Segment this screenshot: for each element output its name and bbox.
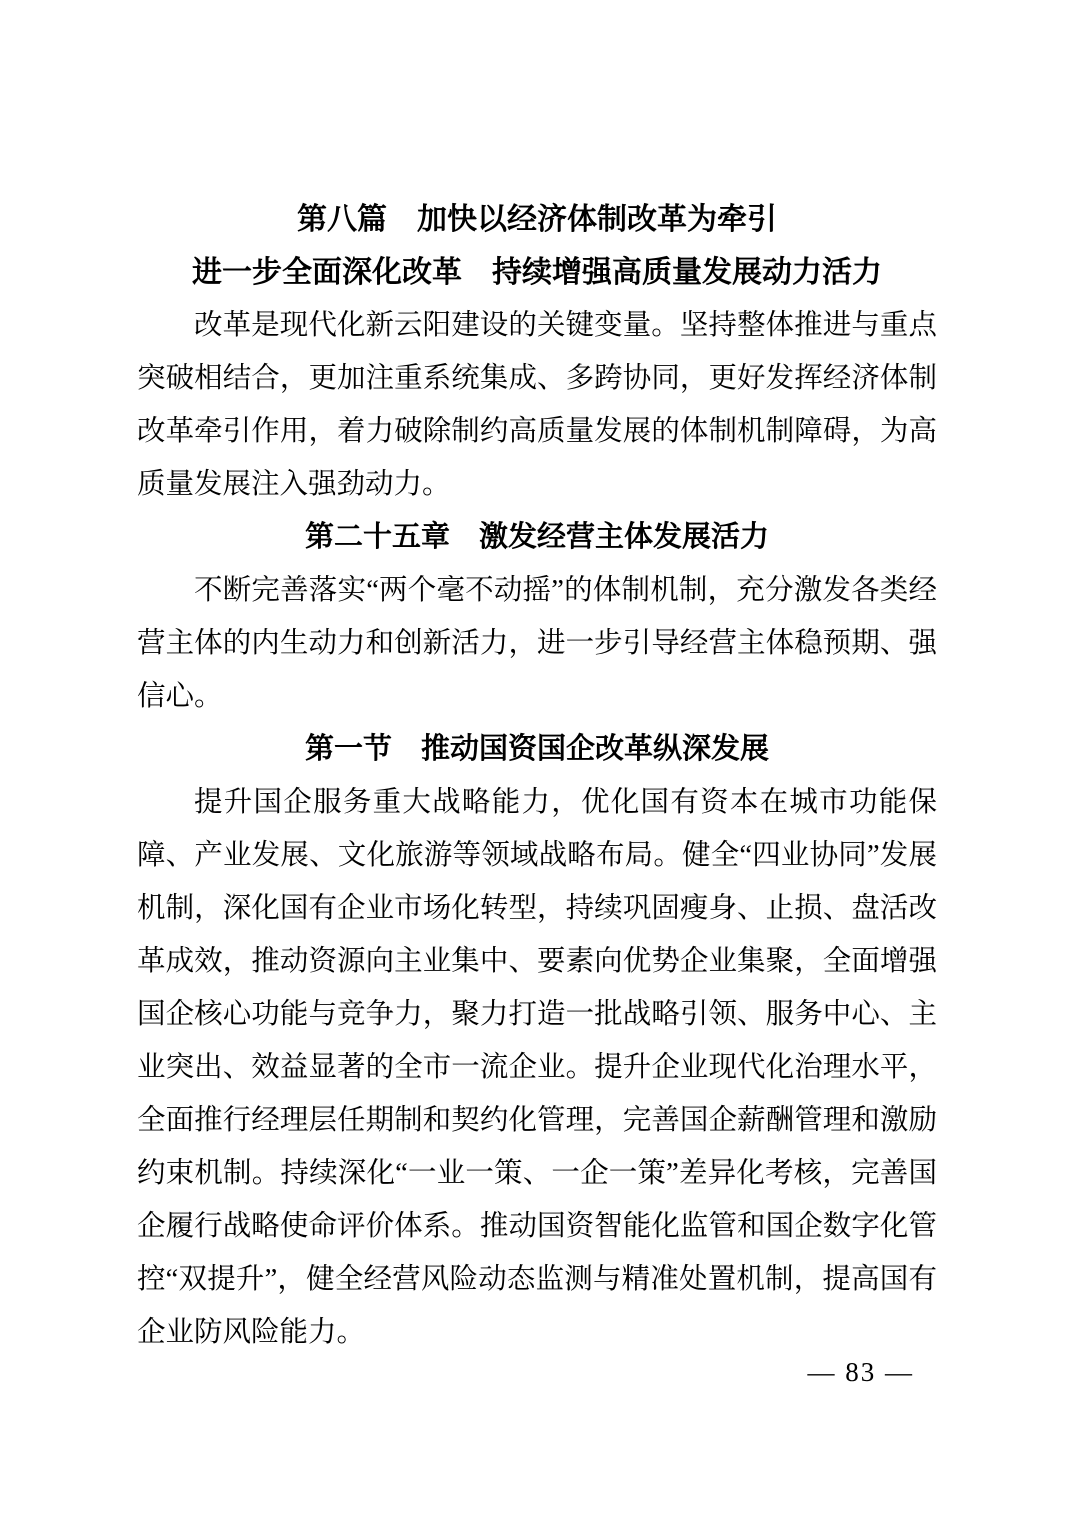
part-title-line-2: 进一步全面深化改革 持续增强高质量发展动力活力 <box>137 246 937 299</box>
paragraph-business-entity-vitality: 不断完善落实“两个毫不动摇”的体制机制，充分激发各类经营主体的内生动力和创新活力… <box>137 564 937 723</box>
paragraph-soe-reform: 提升国企服务重大战略能力，优化国有资本在城市功能保障、产业发展、文化旅游等领域战… <box>137 776 937 1359</box>
chapter-25-heading: 第二十五章 激发经营主体发展活力 <box>137 511 937 564</box>
part-title: 第八篇 加快以经济体制改革为牵引 进一步全面深化改革 持续增强高质量发展动力活力 <box>137 193 937 299</box>
part-title-line-1: 第八篇 加快以经济体制改革为牵引 <box>137 193 937 246</box>
document-page: 第八篇 加快以经济体制改革为牵引 进一步全面深化改革 持续增强高质量发展动力活力… <box>0 0 1074 1520</box>
section-1-heading: 第一节 推动国资国企改革纵深发展 <box>137 723 937 776</box>
paragraph-reform-overview: 改革是现代化新云阳建设的关键变量。坚持整体推进与重点突破相结合，更加注重系统集成… <box>137 299 937 511</box>
page-number: — 83 — <box>808 1356 915 1388</box>
